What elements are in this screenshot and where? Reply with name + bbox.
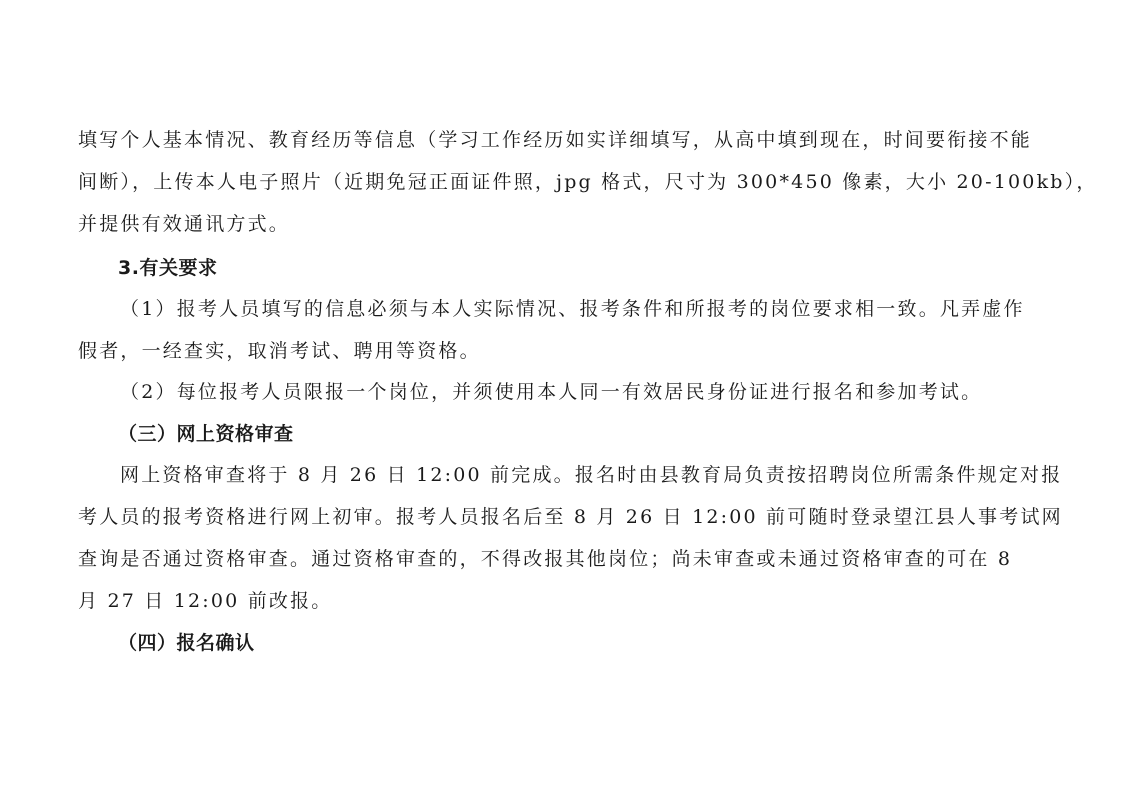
- paragraph-line: （1）报考人员填写的信息必须与本人实际情况、报考条件和所报考的岗位要求相一致。凡…: [120, 297, 1025, 321]
- paragraph-line: 假者，一经查实，取消考试、聘用等资格。: [78, 339, 481, 363]
- paragraph-line: 填写个人基本情况、教育经历等信息（学习工作经历如实详细填写，从高中填到现在，时间…: [78, 128, 1032, 152]
- paragraph-line: （2）每位报考人员限报一个岗位，并须使用本人同一有效居民身份证进行报名和参加考试…: [120, 380, 982, 404]
- paragraph-line: 间断），上传本人电子照片（近期免冠正面证件照，jpg 格式，尺寸为 300*45…: [78, 170, 1098, 194]
- paragraph-line: 月 27 日 12:00 前改报。: [78, 589, 333, 613]
- paragraph-line: 考人员的报考资格进行网上初审。报考人员报名后至 8 月 26 日 12:00 前…: [78, 505, 1063, 529]
- section-title-online-review: （三）网上资格审查: [118, 422, 294, 446]
- heading-requirements: 3.有关要求: [118, 256, 217, 280]
- section-title-registration-confirm: （四）报名确认: [118, 631, 255, 655]
- paragraph-line: 并提供有效通讯方式。: [78, 212, 290, 236]
- paragraph-line: 查询是否通过资格审查。通过资格审查的，不得改报其他岗位；尚未审查或未通过资格审查…: [78, 547, 1012, 571]
- paragraph-line: 网上资格审查将于 8 月 26 日 12:00 前完成。报名时由县教育局负责按招…: [120, 463, 1062, 487]
